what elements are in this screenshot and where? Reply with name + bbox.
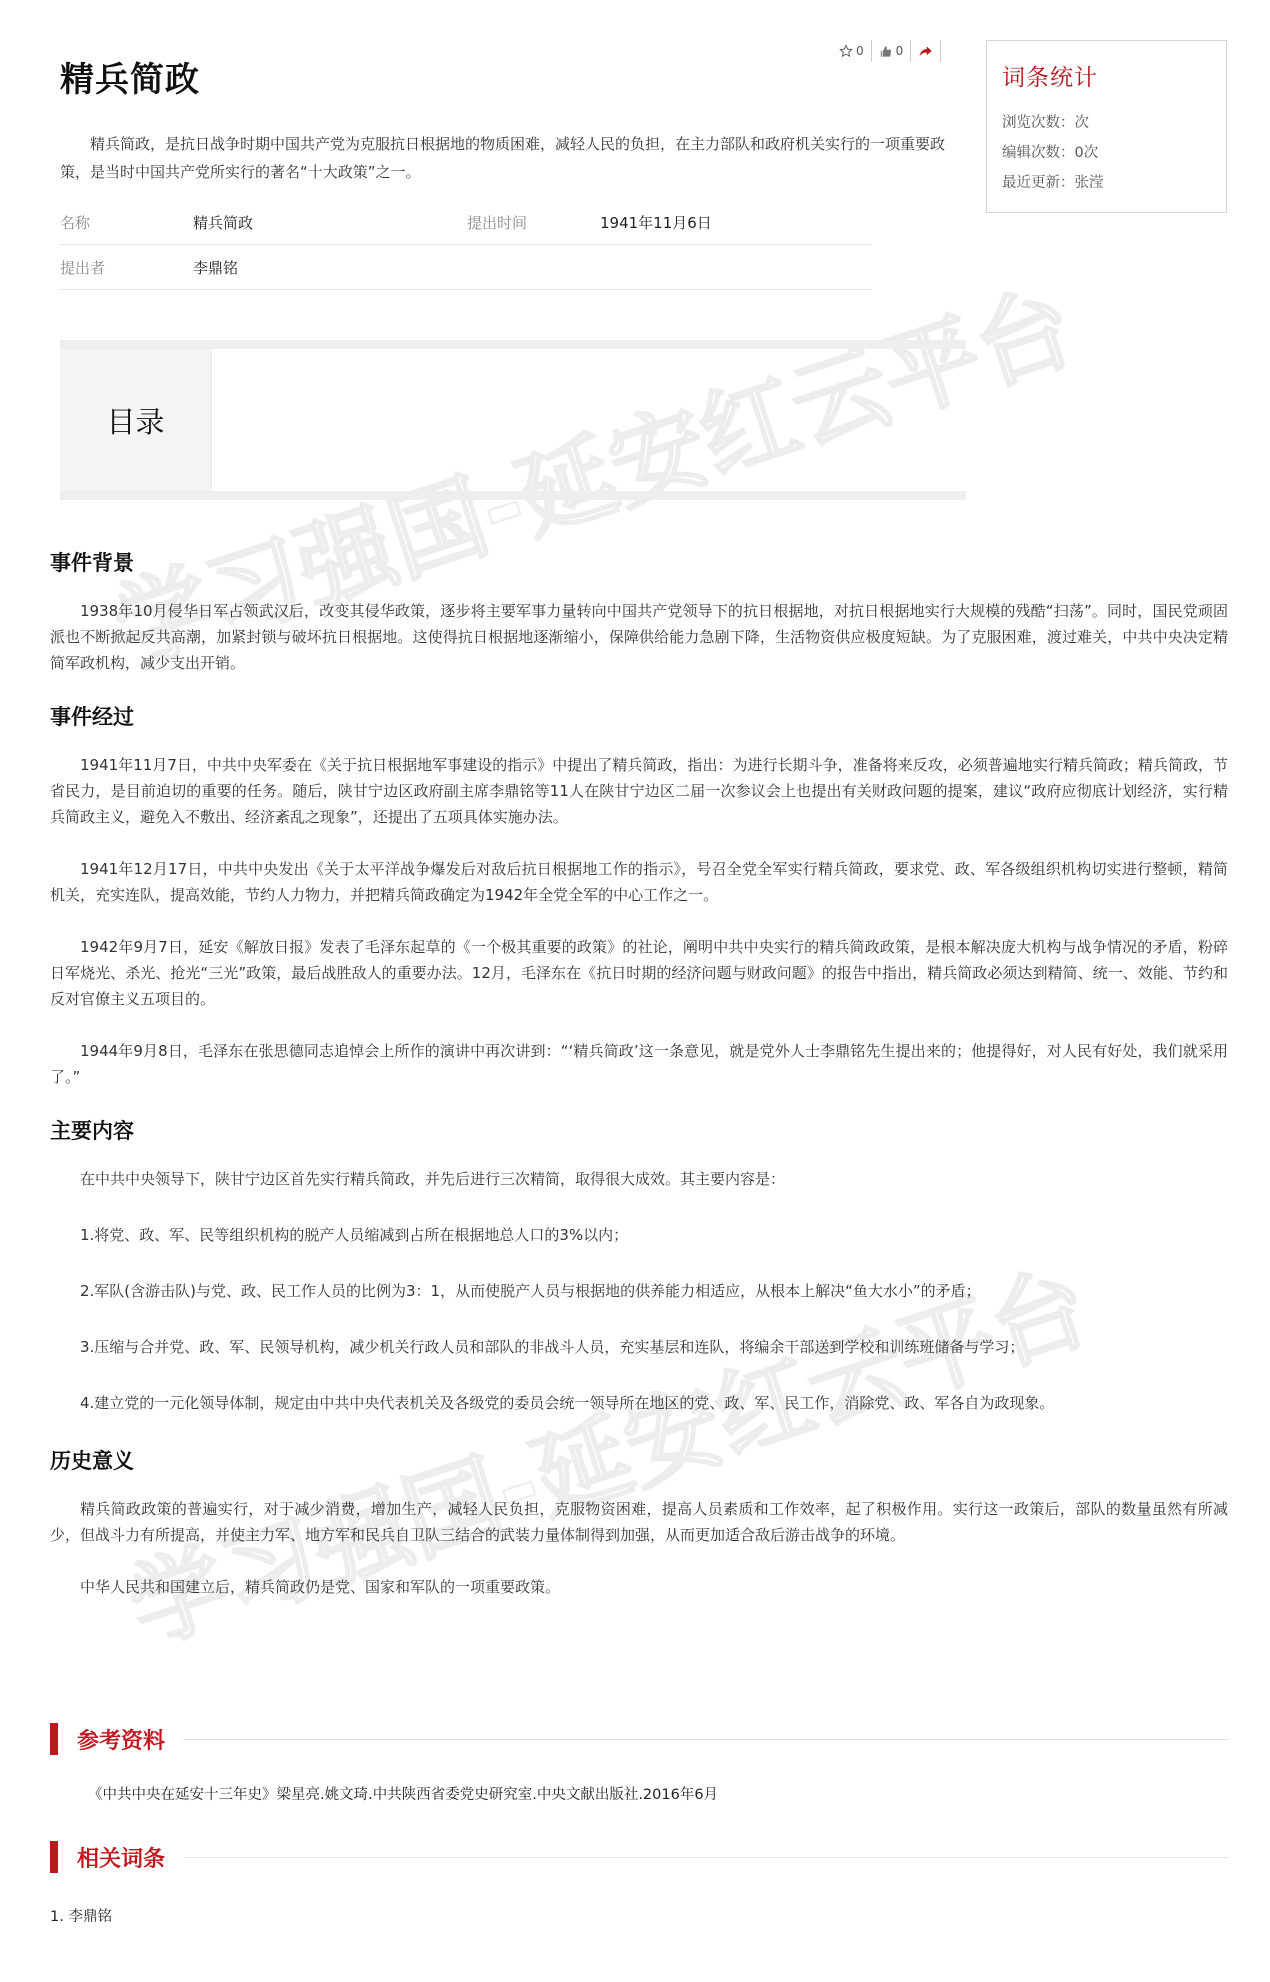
section-significance: 历史意义 精兵简政政策的普遍实行，对于减少消费，增加生产，减轻人民负担，克服物资… [50, 1446, 1228, 1600]
paragraph: 精兵简政政策的普遍实行，对于减少消费，增加生产，减轻人民负担，克服物资困难，提高… [50, 1496, 1228, 1548]
entry-intro: 精兵简政，是抗日战争时期中国共产党为克服抗日根据地的物质困难，减轻人民的负担，在… [60, 130, 968, 186]
favorite-count: 0 [856, 44, 864, 58]
list-item: 2.军队(含游击队)与党、政、民工作人员的比例为3：1，从而使脱产人员与根据地的… [50, 1278, 1228, 1304]
paragraph: 1938年10月侵华日军占领武汉后，改变其侵华政策，逐步将主要军事力量转向中国共… [50, 598, 1228, 676]
last-updated: 最近更新：张滢 [1002, 168, 1211, 198]
reference-item: 《中共中央在延安十三年史》梁星亮.姚文琦.中共陕西省委党史研究室.中央文献出版社… [50, 1755, 1228, 1841]
paragraph: 1941年12月17日，中共中央发出《关于太平洋战争爆发后对敌后抗日根据地工作的… [50, 856, 1228, 908]
info-value-date: 1941年11月6日 [600, 212, 872, 233]
list-item: 1.将党、政、军、民等组织机构的脱产人员缩减到占所在根据地总人口的3%以内； [50, 1222, 1228, 1248]
info-label-date: 提出时间 [467, 212, 600, 233]
accent-bar [50, 1723, 58, 1755]
info-label-name: 名称 [60, 212, 193, 233]
info-label-proposer: 提出者 [60, 257, 193, 278]
related-header: 相关词条 [50, 1841, 1228, 1873]
info-table: 名称 精兵简政 提出时间 1941年11月6日 提出者 李鼎铭 [60, 200, 872, 290]
references-header: 参考资料 [50, 1723, 1228, 1755]
share-button[interactable] [911, 40, 941, 62]
section-heading: 事件背景 [50, 548, 1228, 578]
info-value-name: 精兵简政 [193, 212, 467, 233]
paragraph: 中华人民共和国建立后，精兵简政仍是党、国家和军队的一项重要政策。 [50, 1574, 1228, 1600]
entry-content: 事件背景 1938年10月侵华日军占领武汉后，改变其侵华政策，逐步将主要军事力量… [50, 548, 1228, 1626]
section-process: 事件经过 1941年11月7日，中共中央军委在《关于抗日根据地军事建设的指示》中… [50, 702, 1228, 1090]
related-list: 1. 李鼎铭 [50, 1873, 1228, 1926]
divider [183, 1857, 1228, 1858]
references-title: 参考资料 [77, 1724, 165, 1755]
info-row: 名称 精兵简政 提出时间 1941年11月6日 [60, 200, 872, 245]
like-button[interactable]: 0 [872, 40, 912, 62]
table-of-contents: 目录 [60, 340, 966, 500]
toc-body [212, 349, 966, 491]
info-row: 提出者 李鼎铭 [60, 245, 872, 290]
paragraph: 在中共中央领导下，陕甘宁边区首先实行精兵简政，并先后进行三次精简，取得很大成效。… [50, 1166, 1228, 1192]
related-title: 相关词条 [77, 1842, 165, 1873]
star-outline-icon [839, 44, 853, 58]
thumbs-up-icon [879, 44, 893, 59]
section-heading: 主要内容 [50, 1116, 1228, 1146]
info-value-proposer: 李鼎铭 [193, 257, 467, 278]
list-item: 4.建立党的一元化领导体制，规定由中共中央代表机关及各级党的委员会统一领导所在地… [50, 1390, 1228, 1416]
favorite-button[interactable]: 0 [832, 40, 872, 62]
section-background: 事件背景 1938年10月侵华日军占领武汉后，改变其侵华政策，逐步将主要军事力量… [50, 548, 1228, 676]
page-title: 精兵简政 [60, 52, 200, 101]
entry-toolbar: 0 0 [832, 39, 941, 63]
entry-stats-panel: 词条统计 浏览次数：次 编辑次数：0次 最近更新：张滢 [986, 40, 1227, 213]
divider [183, 1739, 1228, 1740]
accent-bar [50, 1841, 58, 1873]
paragraph: 1941年11月7日，中共中央军委在《关于抗日根据地军事建设的指示》中提出了精兵… [50, 752, 1228, 830]
section-heading: 事件经过 [50, 702, 1228, 732]
view-count: 浏览次数：次 [1002, 108, 1211, 138]
related-link-li-dingming[interactable]: 1. 李鼎铭 [50, 1909, 112, 1925]
toc-label: 目录 [60, 349, 212, 491]
share-arrow-icon [918, 44, 933, 59]
list-item: 3.压缩与合并党、政、军、民领导机构，减少机关行政人员和部队的非战斗人员，充实基… [50, 1334, 1228, 1360]
stats-title: 词条统计 [1002, 59, 1211, 92]
paragraph: 1942年9月7日，延安《解放日报》发表了毛泽东起草的《一个极其重要的政策》的社… [50, 934, 1228, 1012]
section-heading: 历史意义 [50, 1446, 1228, 1476]
references-section: 参考资料 《中共中央在延安十三年史》梁星亮.姚文琦.中共陕西省委党史研究室.中央… [50, 1723, 1228, 1926]
edit-count: 编辑次数：0次 [1002, 138, 1211, 168]
like-count: 0 [896, 44, 904, 58]
section-main-content: 主要内容 在中共中央领导下，陕甘宁边区首先实行精兵简政，并先后进行三次精简，取得… [50, 1116, 1228, 1416]
paragraph: 1944年9月8日，毛泽东在张思德同志追悼会上所作的演讲中再次讲到：“‘精兵简政… [50, 1038, 1228, 1090]
